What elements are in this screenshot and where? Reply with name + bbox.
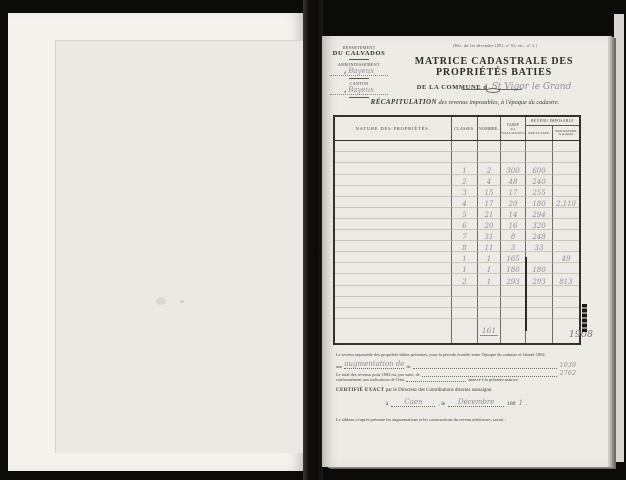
cell-nature — [335, 219, 452, 230]
canton-handwritten: Bayeux — [348, 86, 374, 94]
handwritten-value: 4 — [462, 201, 466, 208]
totals-nature-cell — [335, 319, 452, 343]
sign-at: à — [386, 401, 388, 407]
cell-par_classe: 33 — [526, 241, 553, 252]
cell-nombre: 31 — [478, 230, 501, 241]
cell-par_nature: 49 — [553, 252, 579, 263]
cell-tarif — [501, 141, 526, 152]
cell-tarif: 293 — [501, 274, 526, 285]
recap-rest: des revenus imposables, à l'époque du ca… — [437, 99, 559, 106]
cell-par_classe — [526, 141, 553, 152]
cell-nature — [335, 241, 452, 252]
handwritten-value: 2 — [462, 179, 466, 186]
reinforced-column-rule — [525, 257, 527, 331]
sign-place-handwritten: Caen — [391, 398, 435, 407]
binding-gutter — [303, 0, 323, 480]
cell-par_nature — [553, 230, 579, 241]
handwritten-value: 49 — [562, 256, 571, 263]
recap-word: RÉCAPITULATION — [371, 98, 437, 106]
cell-tarif: 48 — [501, 175, 526, 186]
department-box: DÉPARTEMENT DU CALVADOS ARRONDISSEMENT d… — [326, 45, 392, 100]
cell-par_classe: 293 — [526, 274, 553, 285]
cell-nature — [335, 163, 452, 174]
signature-date-line: à Caen , le Décembre 188 1 . — [386, 398, 586, 407]
sign-period: . — [526, 401, 527, 407]
cell-classe: 7 — [452, 230, 478, 241]
table-row: 2448240 — [335, 175, 579, 186]
cell-par_nature — [553, 308, 579, 319]
handwritten-value: 1 — [462, 168, 466, 175]
handwritten-value: 1 — [487, 256, 491, 263]
arrondissement-handwritten: Bayeux — [348, 67, 374, 75]
cell-par_classe — [526, 308, 553, 319]
footer-value-2: 2762 — [559, 369, 576, 377]
handwritten-value: 180 — [506, 267, 519, 274]
cell-par_nature — [553, 152, 579, 163]
handwritten-value: 33 — [535, 245, 544, 252]
cell-nature — [335, 152, 452, 163]
handwritten-value: 3 — [511, 245, 515, 252]
cell-nature — [335, 141, 452, 152]
cell-classe: 1 — [452, 163, 478, 174]
handwritten-value: 293 — [506, 279, 519, 286]
cell-par_classe — [526, 297, 553, 308]
cell-par_classe — [526, 152, 553, 163]
arrondissement-prefix: d — [344, 70, 346, 75]
revenu-imposable-header: REVENU IMPOSABLE — [526, 117, 579, 126]
cell-classe: 3 — [452, 186, 478, 197]
certify-exact-label: CERTIFIÉ EXACT — [336, 388, 384, 393]
par-nature-line2: de propriété. — [558, 133, 573, 137]
handwritten-value: 11 — [485, 245, 494, 252]
tarif-line3: ÉVALUATIONS. — [500, 131, 526, 135]
col-tarif-header: TARIF des ÉVALUATIONS. — [501, 117, 526, 140]
cell-classe: 5 — [452, 208, 478, 219]
handwritten-value: 16 — [509, 223, 518, 230]
cell-tarif: 17 — [501, 186, 526, 197]
cell-nature — [335, 186, 452, 197]
cell-tarif — [501, 152, 526, 163]
cell-nombre: 2 — [478, 163, 501, 174]
recapitulation-table: NATURE DES PROPRIÉTÉS. CLASSES. NOMBRE. … — [333, 115, 581, 345]
handwritten-value: 14 — [509, 212, 518, 219]
cell-par_nature — [553, 208, 579, 219]
cell-nature — [335, 274, 452, 285]
cell-nombre: 1 — [478, 263, 501, 274]
certify-rest: par le Directeur des Contributions direc… — [384, 388, 492, 393]
cell-par_nature — [553, 186, 579, 197]
cell-par_nature: 813 — [553, 274, 579, 285]
handwritten-value: 248 — [532, 234, 545, 241]
totals-par-classe-cell — [526, 319, 553, 343]
handwritten-value: 2 — [487, 168, 491, 175]
revenu-subheaders: PAR CLASSE. PAR NATURE de propriété. — [526, 126, 579, 140]
divider — [349, 78, 369, 79]
departement-value: DU CALVADOS — [326, 50, 392, 57]
film-edge-marker-icon — [582, 304, 587, 332]
table-row: 417201802,110 — [335, 197, 579, 208]
scanner-edge-strip — [614, 14, 624, 462]
handwritten-value: 3 — [462, 190, 466, 197]
cell-nombre: 21 — [478, 208, 501, 219]
left-blank-page — [8, 13, 305, 471]
handwritten-value: 1 — [462, 267, 466, 274]
footer-variation-handwritten: augmentation de — [344, 360, 404, 369]
cell-par_classe: 600 — [526, 163, 553, 174]
handwritten-value: 2 — [462, 279, 466, 286]
table-row: 52114294 — [335, 208, 579, 219]
handwritten-value: 15 — [485, 190, 494, 197]
cell-nombre: 1 — [478, 274, 501, 285]
cell-tarif: 165 — [501, 252, 526, 263]
handwritten-value: 8 — [511, 234, 515, 241]
cell-nombre: 20 — [478, 219, 501, 230]
cell-nature — [335, 252, 452, 263]
handwritten-value: 293 — [532, 279, 545, 286]
cell-nature — [335, 208, 452, 219]
cell-nature — [335, 308, 452, 319]
cell-classe — [452, 152, 478, 163]
handwritten-value: 180 — [532, 201, 545, 208]
cell-classe — [452, 141, 478, 152]
totals-par-nature-cell: 1908 — [553, 319, 579, 343]
decree-reference-note: (Déc. du 1er décembre 1891, n° 63, etc.,… — [434, 43, 556, 48]
handwritten-value: 1 — [462, 256, 466, 263]
cell-tarif: 20 — [501, 197, 526, 208]
handwritten-value: 2,110 — [556, 201, 576, 208]
handwritten-value: 20 — [509, 201, 518, 208]
footer-line1-text: Le revenu imposable des propriétés bâtie… — [336, 352, 546, 357]
arrondissement-field: d Bayeux — [330, 67, 388, 76]
handwritten-value: 1 — [487, 267, 491, 274]
handwritten-value: 5 — [462, 212, 466, 219]
table-row: 7318248 — [335, 230, 579, 241]
col-par-classe-header: PAR CLASSE. — [526, 126, 553, 140]
cell-classe: 6 — [452, 219, 478, 230]
cell-nombre — [478, 297, 501, 308]
table-row — [335, 286, 579, 297]
cell-nature — [335, 230, 452, 241]
cell-par_classe: 294 — [526, 208, 553, 219]
cell-classe: 1 — [452, 252, 478, 263]
cell-classe — [452, 286, 478, 297]
cell-classe: 4 — [452, 197, 478, 208]
cell-tarif: 14 — [501, 208, 526, 219]
canton-prefix: d — [344, 89, 346, 94]
table-row: 1116549 — [335, 252, 579, 263]
cell-par_classe: 248 — [526, 230, 553, 241]
table-row — [335, 141, 579, 152]
totals-classes-cell — [452, 319, 478, 343]
totals-tarif-cell — [501, 319, 526, 343]
footer-line4-right: annexé à la présente matrice. — [468, 377, 519, 382]
cell-nombre: 15 — [478, 186, 501, 197]
footer-line4-left: conformément aux indications de l'état — [336, 377, 404, 382]
cell-nombre: 17 — [478, 197, 501, 208]
title-flourish — [462, 89, 522, 92]
cell-tarif — [501, 297, 526, 308]
table-row — [335, 308, 579, 319]
cell-par_nature — [553, 297, 579, 308]
cell-par_classe: 320 — [526, 219, 553, 230]
cell-tarif: 16 — [501, 219, 526, 230]
cell-par_nature — [553, 141, 579, 152]
table-row: 811333 — [335, 241, 579, 252]
cell-classe: 2 — [452, 274, 478, 285]
handwritten-value: 17 — [509, 190, 518, 197]
sign-year-printed: 188 — [507, 401, 515, 407]
cell-nature — [335, 263, 452, 274]
table-row: 11180180 — [335, 263, 579, 274]
cell-nature — [335, 197, 452, 208]
handwritten-value: 1 — [487, 279, 491, 286]
cell-nombre: 11 — [478, 241, 501, 252]
footer-line-1: Le revenu imposable des propriétés bâtie… — [336, 352, 576, 357]
cell-par_nature: 2,110 — [553, 197, 579, 208]
col-nombre-header: NOMBRE. — [478, 117, 501, 140]
handwritten-value: 7 — [462, 234, 466, 241]
handwritten-value: 21 — [485, 212, 494, 219]
handwritten-value: 31 — [485, 234, 494, 241]
cell-par_nature — [553, 219, 579, 230]
bottom-note: Le tableau ci-après présente les augment… — [336, 417, 576, 422]
handwritten-value: 240 — [532, 179, 545, 186]
handwritten-value: 813 — [559, 279, 572, 286]
cell-nombre: 4 — [478, 175, 501, 186]
cell-par_nature — [553, 286, 579, 297]
sign-le: , le — [438, 401, 445, 407]
total-nombre-handwritten: 161 — [480, 326, 498, 336]
cell-nombre — [478, 141, 501, 152]
table-header: NATURE DES PROPRIÉTÉS. CLASSES. NOMBRE. … — [335, 117, 579, 141]
paper-speck — [156, 297, 166, 305]
cell-tarif: 300 — [501, 163, 526, 174]
cell-classe: 1 — [452, 263, 478, 274]
cell-nombre: 1 — [478, 252, 501, 263]
col-nature-header: NATURE DES PROPRIÉTÉS. — [335, 117, 452, 140]
totals-nombre-cell: 161 — [478, 319, 501, 343]
footer-value-1: 1039 — [559, 361, 576, 369]
handwritten-value: 320 — [532, 223, 545, 230]
cell-par_nature — [553, 175, 579, 186]
cell-par_classe: 240 — [526, 175, 553, 186]
cell-tarif: 8 — [501, 230, 526, 241]
cell-classe: 2 — [452, 175, 478, 186]
handwritten-value: 20 — [485, 223, 494, 230]
handwritten-value: 4 — [487, 179, 491, 186]
footer-line-3: Le total des revenus pour 1892 est, par … — [336, 369, 576, 377]
underlying-page-edge — [55, 40, 306, 453]
handwritten-value: 8 — [462, 245, 466, 252]
cell-nombre — [478, 152, 501, 163]
cell-nature — [335, 297, 452, 308]
cell-par_nature — [553, 163, 579, 174]
cell-tarif — [501, 286, 526, 297]
table-totals-row: 161 1908 — [335, 319, 579, 343]
footer-line-4: conformément aux indications de l'état a… — [336, 377, 576, 382]
handwritten-value: 165 — [506, 256, 519, 263]
cell-nature — [335, 286, 452, 297]
cell-tarif: 3 — [501, 241, 526, 252]
handwritten-value: 180 — [532, 267, 545, 274]
table-body: 12300600244824031517255417201802,1105211… — [335, 141, 579, 319]
col-classes-header: CLASSES. — [452, 117, 478, 140]
cell-par_classe: 255 — [526, 186, 553, 197]
sign-year-handwritten: 1 — [518, 399, 522, 407]
cell-par_classe: 180 — [526, 197, 553, 208]
table-row — [335, 152, 579, 163]
page-title: MATRICE CADASTRALE DES PROPRIÉTÉS BATIES — [384, 56, 604, 78]
table-row — [335, 297, 579, 308]
cell-classe — [452, 308, 478, 319]
table-row: 31517255 — [335, 186, 579, 197]
sign-date-handwritten: Décembre — [448, 398, 504, 407]
table-row: 12300600 — [335, 163, 579, 174]
cell-par_classe — [526, 252, 553, 263]
col-par-nature-header: PAR NATURE de propriété. — [553, 126, 579, 140]
cell-classe — [452, 297, 478, 308]
cell-nature — [335, 175, 452, 186]
cell-par_classe: 180 — [526, 263, 553, 274]
handwritten-value: 255 — [532, 190, 545, 197]
cell-classe: 8 — [452, 241, 478, 252]
certification-line: CERTIFIÉ EXACT par le Directeur des Cont… — [336, 388, 576, 393]
divider — [349, 59, 369, 60]
cell-nombre — [478, 286, 501, 297]
paper-speck — [180, 300, 184, 303]
table-row: 21293293813 — [335, 274, 579, 285]
handwritten-value: 48 — [509, 179, 518, 186]
table-row: 62016320 — [335, 219, 579, 230]
handwritten-value: 294 — [532, 212, 545, 219]
cell-nombre — [478, 308, 501, 319]
grand-total-handwritten: 1908 — [569, 329, 593, 340]
handwritten-value: 600 — [532, 168, 545, 175]
matrice-page: (Déc. du 1er décembre 1891, n° 63, etc.,… — [322, 36, 608, 467]
dotted-leader — [406, 378, 466, 382]
handwritten-value: 17 — [485, 201, 494, 208]
footer-line-2: une augmentation de de 1039 — [336, 360, 576, 369]
handwritten-value: 300 — [506, 168, 519, 175]
cell-tarif: 180 — [501, 263, 526, 274]
handwritten-value: 6 — [462, 223, 466, 230]
cell-par_nature — [553, 241, 579, 252]
scanned-book-spread: (Déc. du 1er décembre 1891, n° 63, etc.,… — [0, 0, 626, 480]
cell-par_classe — [526, 286, 553, 297]
cell-par_nature — [553, 263, 579, 274]
recapitulation-subtitle: RÉCAPITULATION des revenus imposables, à… — [342, 98, 588, 106]
col-revenu-group-header: REVENU IMPOSABLE PAR CLASSE. PAR NATURE … — [526, 117, 579, 140]
cell-tarif — [501, 308, 526, 319]
canton-field: d Bayeux — [330, 86, 388, 95]
